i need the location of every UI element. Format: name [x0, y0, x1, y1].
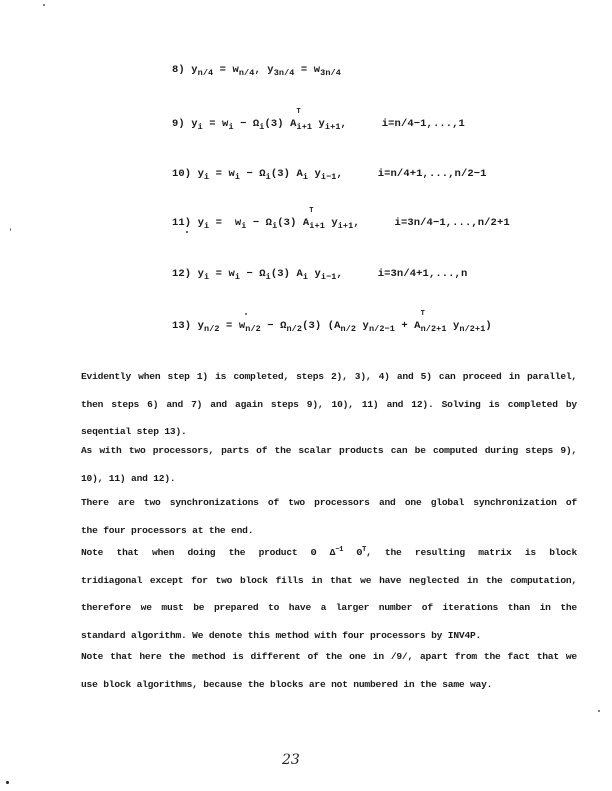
equation-8: 8) yn/4 = wn/4, y3n/4 = w3n/4	[172, 63, 341, 77]
equation-10: 10) yi = wi − Ωi(3) Ai yi−1, i=n/4+1,...…	[172, 167, 487, 181]
index-range: i=3n/4−1,...,n/2+1	[395, 217, 510, 229]
equation-number: 11)	[172, 217, 191, 229]
index-range: i=n/4+1,...,n/2−1	[378, 168, 487, 180]
document-page: 8) yn/4 = wn/4, y3n/4 = w3n/4 9) yi = wi…	[0, 0, 612, 791]
scan-speck	[245, 313, 247, 315]
paragraph-scalar-products: As with two processors, parts of the sca…	[81, 437, 577, 492]
equation-number: 8)	[172, 64, 185, 76]
equation-11: 11) yi = wi − Ωi(3) ATi+1 yi+1, i=3n/4−1…	[172, 216, 510, 231]
index-range: i=3n/4+1,...,n	[378, 268, 468, 280]
theta-symbol: Θ	[311, 547, 317, 558]
equation-number: 10)	[172, 168, 191, 180]
theta-transpose-symbol: ΘT	[357, 547, 367, 558]
scan-speck	[43, 4, 45, 6]
page-number: 23	[282, 752, 300, 768]
paragraph-synchronizations: There are two synchronizations of two pr…	[81, 489, 577, 544]
equation-number: 9)	[172, 118, 185, 130]
scan-speck	[10, 228, 11, 231]
index-range: i=n/4−1,...,1	[382, 118, 465, 130]
equation-number: 13)	[172, 320, 191, 332]
equation-9: 9) yi = wi − Ωi(3) ATi+1 yi+1, i=n/4−1,.…	[172, 117, 465, 132]
scan-speck	[6, 781, 9, 784]
delta-symbol: Δ−1	[330, 547, 344, 558]
equation-13: 13) yn/2 = wn/2 − Ωn/2(3) (An/2 yn/2−1 +…	[172, 319, 492, 334]
paragraph-product-note: Note that when doing the product Θ Δ−1 Θ…	[81, 539, 577, 649]
scan-speck	[598, 710, 600, 712]
paragraph-parallel-steps: Evidently when step 1) is completed, ste…	[81, 363, 577, 446]
scan-speck	[186, 231, 188, 233]
paragraph-method-difference: Note that here the method is different o…	[81, 643, 577, 698]
equation-12: 12) yi = wi − Ωi(3) Ai yi−1, i=3n/4+1,..…	[172, 267, 467, 281]
equation-number: 12)	[172, 268, 191, 280]
